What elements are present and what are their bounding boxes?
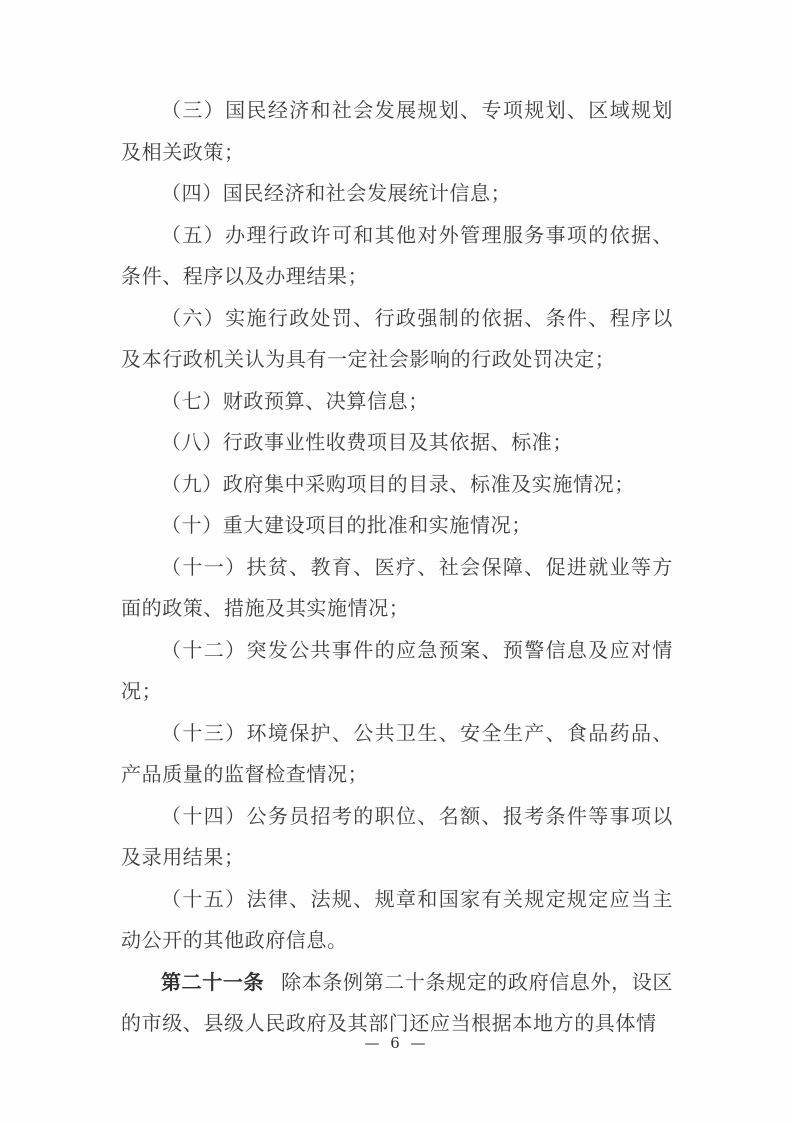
clause-item-13: （十三）环境保护、公共卫生、安全生产、食品药品、产品质量的监督检查情况； [121, 713, 673, 796]
article-21-paragraph: 第二十一条除本条例第二十条规定的政府信息外，设区的市级、县级人民政府及其部门还应… [121, 962, 673, 1045]
clause-item-14: （十四）公务员招考的职位、名额、报考条件等事项以及录用结果； [121, 796, 673, 879]
clause-item-6: （六）实施行政处罚、行政强制的依据、条件、程序以及本行政机关认为具有一定社会影响… [121, 298, 673, 381]
document-body: （三）国民经济和社会发展规划、专项规划、区域规划及相关政策； （四）国民经济和社… [121, 90, 673, 1045]
clause-item-7: （七）财政预算、决算信息； [121, 381, 673, 423]
clause-item-12: （十二）突发公共事件的应急预案、预警信息及应对情况； [121, 630, 673, 713]
clause-item-8: （八）行政事业性收费项目及其依据、标准； [121, 422, 673, 464]
clause-item-5: （五）办理行政许可和其他对外管理服务事项的依据、条件、程序以及办理结果； [121, 215, 673, 298]
page-number: — 6 — [0, 1034, 793, 1052]
clause-item-15: （十五）法律、法规、规章和国家有关规定规定应当主动公开的其他政府信息。 [121, 879, 673, 962]
clause-item-3: （三）国民经济和社会发展规划、专项规划、区域规划及相关政策； [121, 90, 673, 173]
clause-item-9: （九）政府集中采购项目的目录、标准及实施情况； [121, 464, 673, 506]
clause-item-11: （十一）扶贫、教育、医疗、社会保障、促进就业等方面的政策、措施及其实施情况； [121, 547, 673, 630]
clause-item-10: （十）重大建设项目的批准和实施情况； [121, 505, 673, 547]
clause-item-4: （四）国民经济和社会发展统计信息； [121, 173, 673, 215]
page-background: （三）国民经济和社会发展规划、专项规划、区域规划及相关政策； （四）国民经济和社… [0, 0, 793, 1122]
article-21-number: 第二十一条 [161, 970, 264, 994]
document-page: { "document": { "items": [ "（三）国民经济和社会发展… [0, 0, 793, 1122]
